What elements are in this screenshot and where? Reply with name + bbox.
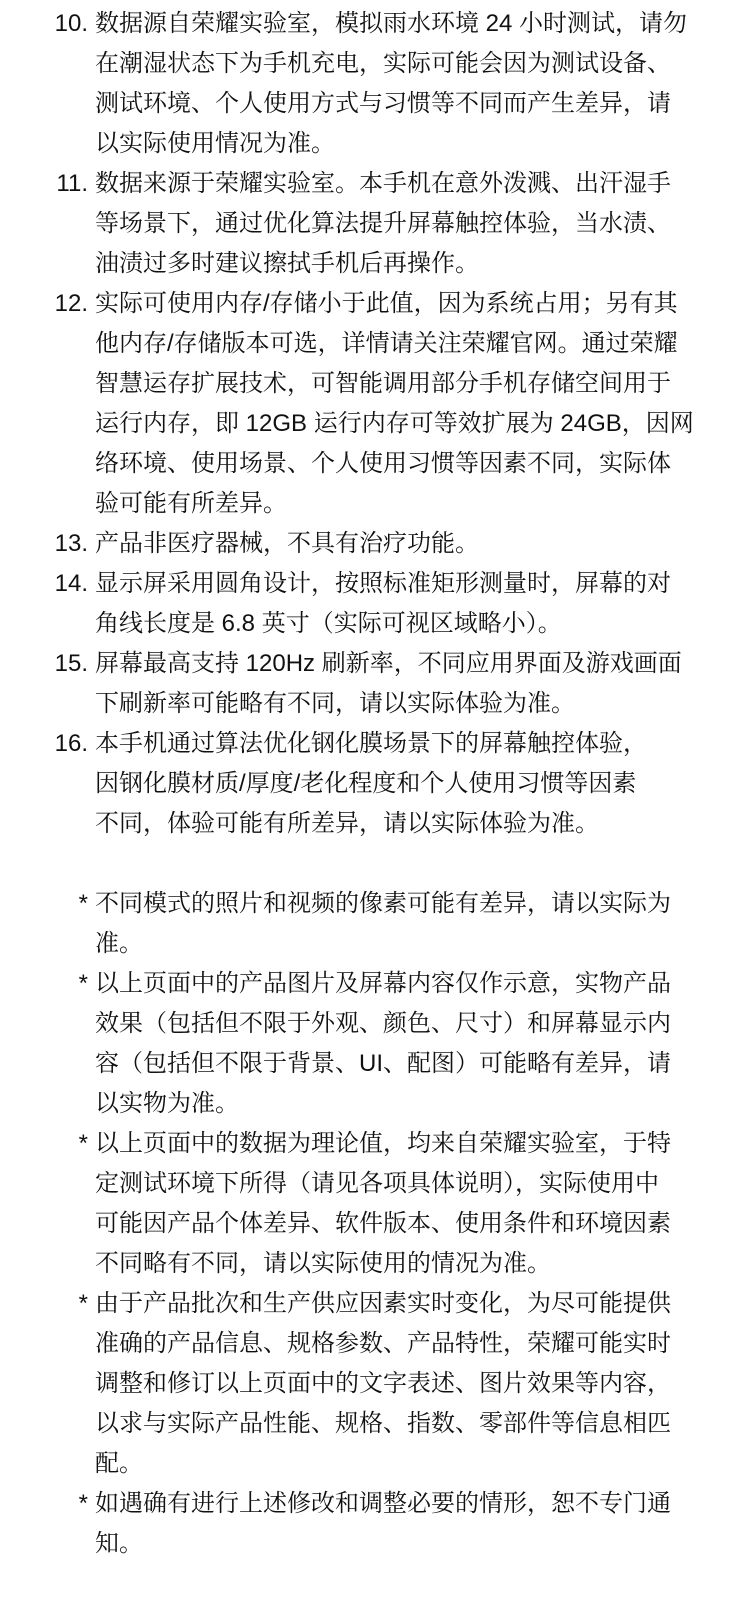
note-text: 数据源自荣耀实验室，模拟雨水环境 24 小时测试，请勿 在潮湿状态下为手机充电，…	[95, 4, 720, 164]
numbered-note-11: 11. 数据来源于荣耀实验室。本手机在意外泼溅、出汗湿手 等场景下，通过优化算法…	[0, 164, 750, 284]
numbered-note-16: 16. 本手机通过算法优化钢化膜场景下的屏幕触控体验， 因钢化膜材质/厚度/老化…	[0, 724, 750, 844]
note-text: 如遇确有进行上述修改和调整必要的情形，恕不专门通 知。	[95, 1484, 720, 1564]
note-number: 13.	[0, 524, 88, 564]
starred-note-4: * 由于产品批次和生产供应因素实时变化，为尽可能提供 准确的产品信息、规格参数、…	[0, 1284, 750, 1484]
numbered-note-14: 14. 显示屏采用圆角设计，按照标准矩形测量时，屏幕的对 角线长度是 6.8 英…	[0, 564, 750, 644]
note-text: 以上页面中的数据为理论值，均来自荣耀实验室，于特 定测试环境下所得（请见各项具体…	[95, 1124, 720, 1284]
starred-notes-list: * 不同模式的照片和视频的像素可能有差异，请以实际为 准。 * 以上页面中的产品…	[0, 884, 750, 1564]
asterisk-marker: *	[0, 1124, 88, 1164]
numbered-notes-list: 10. 数据源自荣耀实验室，模拟雨水环境 24 小时测试，请勿 在潮湿状态下为手…	[0, 4, 750, 844]
asterisk-marker: *	[0, 964, 88, 1004]
asterisk-marker: *	[0, 1284, 88, 1324]
note-text: 以上页面中的产品图片及屏幕内容仅作示意，实物产品 效果（包括但不限于外观、颜色、…	[95, 964, 720, 1124]
starred-note-2: * 以上页面中的产品图片及屏幕内容仅作示意，实物产品 效果（包括但不限于外观、颜…	[0, 964, 750, 1124]
starred-note-3: * 以上页面中的数据为理论值，均来自荣耀实验室，于特 定测试环境下所得（请见各项…	[0, 1124, 750, 1284]
note-number: 10.	[0, 4, 88, 44]
numbered-note-10: 10. 数据源自荣耀实验室，模拟雨水环境 24 小时测试，请勿 在潮湿状态下为手…	[0, 4, 750, 164]
note-number: 12.	[0, 284, 88, 324]
starred-note-5: * 如遇确有进行上述修改和调整必要的情形，恕不专门通 知。	[0, 1484, 750, 1564]
note-text: 不同模式的照片和视频的像素可能有差异，请以实际为 准。	[95, 884, 720, 964]
numbered-note-13: 13. 产品非医疗器械，不具有治疗功能。	[0, 524, 750, 564]
note-text: 产品非医疗器械，不具有治疗功能。	[95, 524, 720, 564]
note-text: 数据来源于荣耀实验室。本手机在意外泼溅、出汗湿手 等场景下，通过优化算法提升屏幕…	[95, 164, 720, 284]
note-number: 16.	[0, 724, 88, 764]
note-text: 由于产品批次和生产供应因素实时变化，为尽可能提供 准确的产品信息、规格参数、产品…	[95, 1284, 720, 1484]
disclaimer-notes: 10. 数据源自荣耀实验室，模拟雨水环境 24 小时测试，请勿 在潮湿状态下为手…	[0, 0, 750, 1564]
note-text: 本手机通过算法优化钢化膜场景下的屏幕触控体验， 因钢化膜材质/厚度/老化程度和个…	[95, 724, 720, 844]
note-text: 实际可使用内存/存储小于此值，因为系统占用；另有其 他内存/存储版本可选，详情请…	[95, 284, 720, 524]
note-text: 显示屏采用圆角设计，按照标准矩形测量时，屏幕的对 角线长度是 6.8 英寸（实际…	[95, 564, 720, 644]
numbered-note-15: 15. 屏幕最高支持 120Hz 刷新率，不同应用界面及游戏画面 下刷新率可能略…	[0, 644, 750, 724]
asterisk-marker: *	[0, 884, 88, 924]
starred-note-1: * 不同模式的照片和视频的像素可能有差异，请以实际为 准。	[0, 884, 750, 964]
numbered-note-12: 12. 实际可使用内存/存储小于此值，因为系统占用；另有其 他内存/存储版本可选…	[0, 284, 750, 524]
disclaimer-page: { "page": { "background": "#ffffff", "te…	[0, 0, 750, 1601]
asterisk-marker: *	[0, 1484, 88, 1524]
note-text: 屏幕最高支持 120Hz 刷新率，不同应用界面及游戏画面 下刷新率可能略有不同，…	[95, 644, 720, 724]
note-number: 14.	[0, 564, 88, 604]
note-number: 15.	[0, 644, 88, 684]
note-number: 11.	[0, 164, 88, 204]
